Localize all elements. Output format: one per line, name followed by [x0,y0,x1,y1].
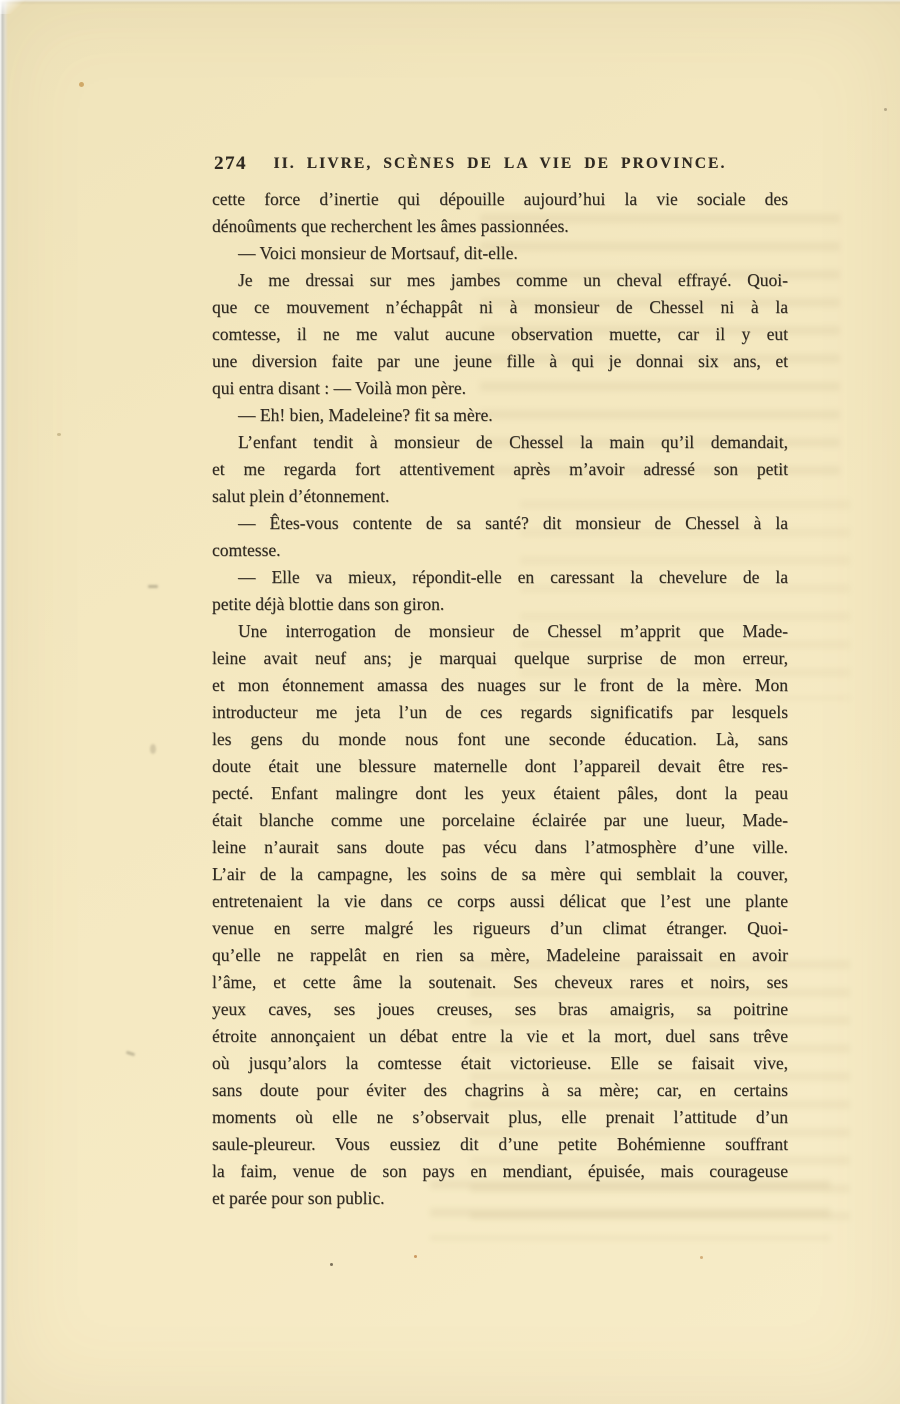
paper-speck [330,1263,333,1266]
scanned-book-page: 274 II. LIVRE, SCÈNES DE LA VIE DE PROVI… [0,0,900,1404]
paragraph: — Voici monsieur de Mortsauf, dit-elle. [212,240,788,267]
text-line: sans doute pour éviter des chagrins à sa… [212,1077,788,1104]
text-line: et mon étonnement amassa des nuages sur … [212,672,788,699]
text-line: et me regarda fort attentivement après m… [212,456,788,483]
text-line: une diversion faite par une jeune fille … [212,348,788,375]
text-line: pecté. Enfant malingre dont les yeux éta… [212,780,788,807]
paragraph: — Eh! bien, Madeleine? fit sa mère. [212,402,788,429]
paper-speck [57,433,61,436]
text-line: comtesse. [212,537,788,564]
text-line: doute était une blessure maternelle dont… [212,753,788,780]
body-text: cette force d’inertie qui dépouille aujo… [212,186,788,1212]
page-number: 274 [214,153,247,175]
page-left-edge [0,0,8,1404]
margin-smudge [126,1051,135,1057]
text-line: — Voici monsieur de Mortsauf, dit-elle. [212,240,788,267]
text-line: venue en serre malgré les rigueurs d’un … [212,915,788,942]
text-line: et parée pour son public. [212,1185,788,1212]
text-line: Une interrogation de monsieur de Chessel… [212,618,788,645]
text-line: L’air de la campagne, les soins de sa mè… [212,861,788,888]
paper-speck [79,82,84,87]
text-line: Je me dressai sur mes jambes comme un ch… [212,267,788,294]
text-line: salut plein d’étonnement. [212,483,788,510]
paragraph: cette force d’inertie qui dépouille aujo… [212,186,788,240]
text-line: la faim, venue de son pays en mendiant, … [212,1158,788,1185]
page-corner-highlight [0,0,26,14]
text-line: que ce mouvement n’échappât ni à monsieu… [212,294,788,321]
text-line: l’âme, et cette âme la soutenait. Ses ch… [212,969,788,996]
page-top-edge [0,0,900,5]
margin-smudge [150,744,156,754]
paragraph: Je me dressai sur mes jambes comme un ch… [212,267,788,402]
text-line: — Elle va mieux, répondit-elle en caress… [212,564,788,591]
text-line: — Eh! bien, Madeleine? fit sa mère. [212,402,788,429]
text-line: — Êtes-vous contente de sa santé? dit mo… [212,510,788,537]
text-line: qu’elle ne rappelât en rien sa mère, Mad… [212,942,788,969]
text-line: L’enfant tendit à monsieur de Chessel la… [212,429,788,456]
text-line: leine avait neuf ans; je marquai quelque… [212,645,788,672]
running-header-title: II. LIVRE, SCÈNES DE LA VIE DE PROVINCE. [212,153,788,173]
text-line: petite déjà blottie dans son giron. [212,591,788,618]
text-line: moments où elle ne s’observait plus, ell… [212,1104,788,1131]
text-line: leine n’aurait sans doute pas vécu dans … [212,834,788,861]
text-line: saule-pleureur. Vous eussiez dit d’une p… [212,1131,788,1158]
text-line: comtesse, il ne me valut aucune observat… [212,321,788,348]
paper-speck [414,1255,417,1258]
text-line: yeux caves, ses joues creuses, ses bras … [212,996,788,1023]
text-line: étroite annonçaient un débat entre la vi… [212,1023,788,1050]
paragraph: Une interrogation de monsieur de Chessel… [212,618,788,1212]
text-line: où jusqu’alors la comtesse était victori… [212,1050,788,1077]
paper-speck [884,108,887,111]
text-line: qui entra disant : — Voilà mon père. [212,375,788,402]
paragraph: — Êtes-vous contente de sa santé? dit mo… [212,510,788,564]
running-header: 274 II. LIVRE, SCÈNES DE LA VIE DE PROVI… [212,153,788,175]
text-line: introducteur me jeta l’un de ces regards… [212,699,788,726]
text-line: entretenaient la vie dans ce corps aussi… [212,888,788,915]
text-line: était blanche comme une porcelaine éclai… [212,807,788,834]
text-line: cette force d’inertie qui dépouille aujo… [212,186,788,213]
paragraph: L’enfant tendit à monsieur de Chessel la… [212,429,788,510]
margin-smudge [148,585,158,588]
text-line: les gens du monde nous font une seconde … [212,726,788,753]
text-line: dénoûments que recherchent les âmes pass… [212,213,788,240]
paper-speck [700,1256,703,1259]
paragraph: — Elle va mieux, répondit-elle en caress… [212,564,788,618]
